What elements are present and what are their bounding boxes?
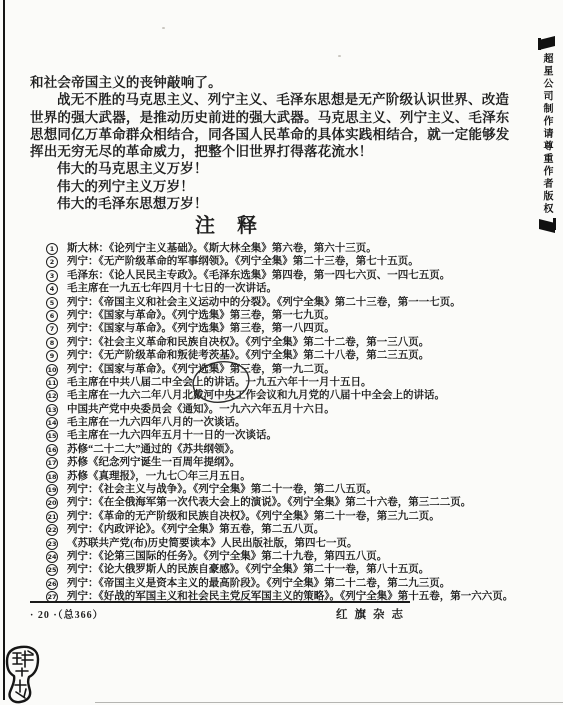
body-text-line: 和社会帝国主义的丧钟敲响了。 xyxy=(30,74,428,91)
note-number-circled: 6 xyxy=(46,310,58,322)
body-text-line: 战无不胜的马克思主义、列宁主义、毛泽东思想是无产阶级认识世界、改造 xyxy=(30,91,428,108)
note-item: 22 列宁：《内政评论》。《列宁全集》第五卷，第二五八页。 xyxy=(30,523,460,536)
body-text-line: 伟大的马克思主义万岁！ xyxy=(30,160,428,177)
note-number-circled: 20 xyxy=(46,497,58,509)
watermark-vertical-text: 超星公司制作请尊重作者版权 xyxy=(536,53,557,216)
body-text-line: 世界的强大武器，是推动历史前进的强大武器。马克思主义、列宁主义、毛泽东 xyxy=(30,109,428,126)
note-number-circled: 18 xyxy=(46,471,58,483)
note-text: 列宁：《国家与革命》。《列宁选集》第三卷，第一八四页。 xyxy=(67,322,335,335)
note-text: 列宁：《无产阶级革命的军事纲领》。《列宁全集》第二十三卷，第七十五页。 xyxy=(67,255,419,268)
note-item: 7 列宁：《国家与革命》。《列宁选集》第三卷，第一八四页。 xyxy=(30,322,460,335)
note-item: 26 列宁：《帝国主义是资本主义的最高阶段》。《列宁全集》第二十二卷，第二九三页… xyxy=(30,577,460,590)
note-number-circled: 10 xyxy=(46,364,58,376)
note-number-circled: 21 xyxy=(46,511,58,523)
note-number-circled: 24 xyxy=(46,551,58,563)
handwritten-circle-annotation xyxy=(189,358,253,406)
scan-speck xyxy=(162,27,165,29)
note-item: 16 苏修“二十二大”通过的《苏共纲领》。 xyxy=(30,443,460,456)
watermark-flag-top-icon xyxy=(538,36,556,51)
scan-speck xyxy=(338,55,341,57)
note-text: 列宁：《论第三国际的任务》。《列宁全集》第二十九卷，第四五八页。 xyxy=(67,550,387,563)
note-number-circled: 8 xyxy=(46,337,58,349)
note-text: 列宁：《革命的无产阶级和民族自决权》。《列宁全集》第二十一卷，第三九二页。 xyxy=(67,510,440,523)
note-number-circled: 16 xyxy=(46,444,58,456)
note-item: 3 毛泽东：《论人民民主专政》。《毛泽东选集》第四卷，第一四七六页、一四七五页。 xyxy=(30,269,460,282)
note-number-circled: 25 xyxy=(46,564,58,576)
note-text: 毛主席在一九六二年八月北戴河中央工作会议和九月党的八届十中全会上的讲话。 xyxy=(67,389,445,402)
note-number-circled: 2 xyxy=(46,256,58,268)
scan-edge-left-line xyxy=(3,0,5,700)
notes-section-title: 注释 xyxy=(30,209,422,238)
note-text: 毛主席在一九六四年五月十一日的一次谈话。 xyxy=(67,429,277,442)
note-item: 24 列宁：《论第三国际的任务》。《列宁全集》第二十九卷，第四五八页。 xyxy=(30,550,460,563)
note-number-circled: 9 xyxy=(46,350,58,362)
note-item: 2 列宁：《无产阶级革命的军事纲领》。《列宁全集》第二十三卷，第七十五页。 xyxy=(30,255,460,268)
note-text: 斯大林：《论列宁主义基础》。《斯大林全集》第六卷，第六十三页。 xyxy=(67,242,377,255)
page-footer: · 20 ·（总366） 红旗杂志 xyxy=(30,606,410,622)
scanned-magazine-page: 和社会帝国主义的丧钟敲响了。 战无不胜的马克思主义、列宁主义、毛泽东思想是无产阶… xyxy=(0,0,563,705)
note-text: 毛泽东：《论人民民主专政》。《毛泽东选集》第四卷，第一四七六页、一四七五页。 xyxy=(67,269,450,282)
footer-divider-line xyxy=(30,601,410,603)
note-text: 苏修“二十二大”通过的《苏共纲领》。 xyxy=(67,443,240,456)
note-text: 毛主席在一九五七年四月十七日的一次讲话。 xyxy=(67,282,277,295)
note-number-circled: 4 xyxy=(46,283,58,295)
note-item: 15 毛主席在一九六四年五月十一日的一次谈话。 xyxy=(30,429,460,442)
body-text-line: 伟大的列宁主义万岁！ xyxy=(30,178,428,195)
note-text: 列宁：《帝国主义是资本主义的最高阶段》。《列宁全集》第二十二卷，第二九三页。 xyxy=(67,577,450,590)
note-text: 列宁：《帝国主义和社会主义运动中的分裂》。《列宁全集》第二十三卷，第一一七页。 xyxy=(67,296,461,309)
note-text: 苏修《真理报》，一九七〇年三月五日。 xyxy=(67,470,251,483)
note-number-circled: 7 xyxy=(46,323,58,335)
seal-stamp xyxy=(4,645,42,705)
note-item: 6 列宁：《国家与革命》。《列宁选集》第三卷，第一七九页。 xyxy=(30,309,460,322)
note-number-circled: 11 xyxy=(46,377,58,389)
note-item: 5 列宁：《帝国主义和社会主义运动中的分裂》。《列宁全集》第二十三卷，第一一七页… xyxy=(30,296,460,309)
watermark-flag-bottom-icon xyxy=(538,218,556,233)
scan-edge-bottom-line xyxy=(95,702,563,703)
note-number-circled: 5 xyxy=(46,297,58,309)
note-number-circled: 19 xyxy=(46,484,58,496)
note-number-circled: 26 xyxy=(46,578,58,590)
note-number-circled: 14 xyxy=(46,417,58,429)
body-text-line: 挥出无穷无尽的革命威力，把整个旧世界打得落花流水！ xyxy=(30,143,428,160)
note-number-circled: 23 xyxy=(46,538,58,550)
note-number-circled: 1 xyxy=(46,243,58,255)
note-text: 苏修《纪念列宁诞生一百周年提纲》。 xyxy=(67,456,240,469)
note-number-circled: 15 xyxy=(46,430,58,442)
note-item: 4 毛主席在一九五七年四月十七日的一次讲话。 xyxy=(30,282,460,295)
note-text: 列宁：《在全俄海军第一次代表大会上的演说》。《列宁全集》第二十六卷，第三二二页。 xyxy=(67,496,471,509)
note-number-circled: 17 xyxy=(46,457,58,469)
note-text: 列宁：《论大俄罗斯人的民族自豪感》。《列宁全集》第二十一卷，第八十五页。 xyxy=(67,563,429,576)
note-item: 18 苏修《真理报》，一九七〇年三月五日。 xyxy=(30,470,460,483)
note-item: 21 列宁：《革命的无产阶级和民族自决权》。《列宁全集》第二十一卷，第三九二页。 xyxy=(30,510,460,523)
note-text: 列宁：《社会主义与战争》。《列宁全集》第二十一卷，第二八五页。 xyxy=(67,483,377,496)
watermark-column: 超星公司制作请尊重作者版权 xyxy=(536,36,557,233)
note-number-circled: 12 xyxy=(46,390,58,402)
journal-name: 红旗杂志 xyxy=(336,606,410,622)
body-text-line: 思想同亿万革命群众相结合，同各国人民革命的具体实践相结合，就一定能够发 xyxy=(30,126,428,143)
note-text: 列宁：《内政评论》。《列宁全集》第五卷，第二五八页。 xyxy=(67,523,324,536)
note-item: 14 毛主席在一九六四年八月的一次谈话。 xyxy=(30,416,460,429)
note-item: 23 《苏联共产党(布)历史简要读本》人民出版社版，第四七一页。 xyxy=(30,537,460,550)
note-item: 8 列宁：《社会主义革命和民族自决权》。《列宁全集》第二十二卷，第一三八页。 xyxy=(30,336,460,349)
note-text: 《苏联共产党(布)历史简要读本》人民出版社版，第四七一页。 xyxy=(67,537,358,550)
note-text: 列宁：《国家与革命》。《列宁选集》第三卷，第一七九页。 xyxy=(67,309,335,322)
note-item: 25 列宁：《论大俄罗斯人的民族自豪感》。《列宁全集》第二十一卷，第八十五页。 xyxy=(30,563,460,576)
note-text: 毛主席在一九六四年八月的一次谈话。 xyxy=(67,416,246,429)
note-number-circled: 3 xyxy=(46,270,58,282)
notes-list: 1 斯大林：《论列宁主义基础》。《斯大林全集》第六卷，第六十三页。 2 列宁：《… xyxy=(30,242,460,604)
note-text: 列宁：《社会主义革命和民族自决权》。《列宁全集》第二十二卷，第一三八页。 xyxy=(67,336,429,349)
note-number-circled: 22 xyxy=(46,524,58,536)
note-item: 1 斯大林：《论列宁主义基础》。《斯大林全集》第六卷，第六十三页。 xyxy=(30,242,460,255)
note-item: 17 苏修《纪念列宁诞生一百周年提纲》。 xyxy=(30,456,460,469)
note-number-circled: 13 xyxy=(46,404,58,416)
article-body: 和社会帝国主义的丧钟敲响了。 战无不胜的马克思主义、列宁主义、毛泽东思想是无产阶… xyxy=(30,74,428,212)
page-number-label: · 20 ·（总366） xyxy=(30,606,104,621)
note-item: 20 列宁：《在全俄海军第一次代表大会上的演说》。《列宁全集》第二十六卷，第三二… xyxy=(30,496,460,509)
note-item: 19 列宁：《社会主义与战争》。《列宁全集》第二十一卷，第二八五页。 xyxy=(30,483,460,496)
